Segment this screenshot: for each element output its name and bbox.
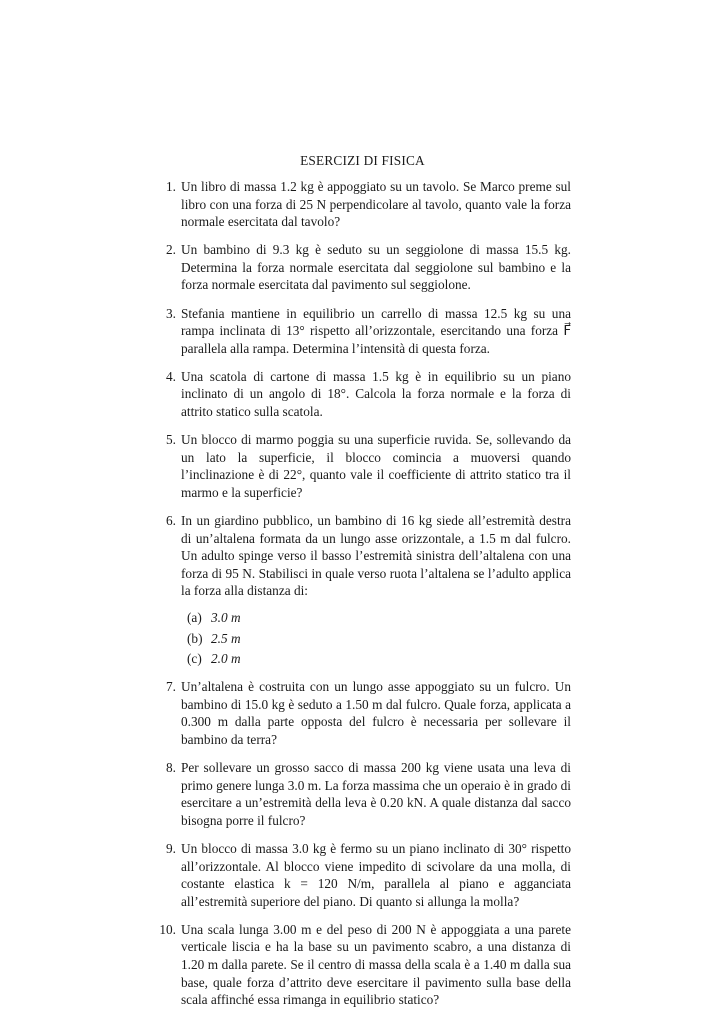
exercise-item: 9. Un blocco di massa 3.0 kg è fermo su … (181, 840, 571, 910)
sub-item-text: 2.0 m (211, 651, 241, 666)
exercise-item: 8. Per sollevare un grosso sacco di mass… (181, 759, 571, 829)
exercise-number: 5. (166, 431, 176, 449)
exercise-text: Un bambino di 9.3 kg è seduto su un segg… (181, 242, 571, 292)
sub-item-text: 3.0 m (211, 610, 241, 625)
exercise-number: 6. (166, 512, 176, 530)
exercise-text: Una scala lunga 3.00 m e del peso di 200… (181, 922, 571, 1007)
exercise-number: 3. (166, 305, 176, 323)
exercise-item: 2. Un bambino di 9.3 kg è seduto su un s… (181, 241, 571, 294)
sub-item-list: (a)3.0 m (b)2.5 m (c)2.0 m (181, 609, 571, 668)
exercise-text: Un’altalena è costruita con un lungo ass… (181, 679, 571, 747)
exercise-item: 4. Una scatola di cartone di massa 1.5 k… (181, 368, 571, 421)
exercise-text: Stefania mantiene in equilibrio un carre… (181, 306, 571, 356)
exercise-number: 9. (166, 840, 176, 858)
exercise-item: 3. Stefania mantiene in equilibrio un ca… (181, 305, 571, 358)
exercise-text: Per sollevare un grosso sacco di massa 2… (181, 760, 571, 828)
exercise-text: In un giardino pubblico, un bambino di 1… (181, 513, 571, 598)
page-title: ESERCIZI DI FISICA (0, 152, 725, 170)
sub-item: (c)2.0 m (187, 650, 571, 668)
exercise-item: 7. Un’altalena è costruita con un lungo … (181, 678, 571, 748)
document-page: ESERCIZI DI FISICA 1. Un libro di massa … (0, 0, 725, 1024)
exercise-item: 10. Una scala lunga 3.00 m e del peso di… (181, 921, 571, 1009)
exercise-number: 10. (159, 921, 176, 939)
exercise-text: Un libro di massa 1.2 kg è appoggiato su… (181, 179, 571, 229)
exercise-number: 8. (166, 759, 176, 777)
exercise-item: 5. Un blocco di marmo poggia su una supe… (181, 431, 571, 501)
sub-item-label: (c) (187, 650, 211, 668)
exercise-text: Un blocco di marmo poggia su una superfi… (181, 432, 571, 500)
exercise-number: 1. (166, 178, 176, 196)
sub-item: (a)3.0 m (187, 609, 571, 627)
sub-item-label: (b) (187, 630, 211, 648)
sub-item-text: 2.5 m (211, 631, 241, 646)
exercise-item: 6. In un giardino pubblico, un bambino d… (181, 512, 571, 668)
sub-item-label: (a) (187, 609, 211, 627)
exercise-number: 2. (166, 241, 176, 259)
exercise-text: Un blocco di massa 3.0 kg è fermo su un … (181, 841, 571, 909)
exercise-list: 1. Un libro di massa 1.2 kg è appoggiato… (181, 178, 571, 1019)
exercise-item: 1. Un libro di massa 1.2 kg è appoggiato… (181, 178, 571, 231)
exercise-text: Una scatola di cartone di massa 1.5 kg è… (181, 369, 571, 419)
exercise-number: 4. (166, 368, 176, 386)
sub-item: (b)2.5 m (187, 630, 571, 648)
exercise-number: 7. (166, 678, 176, 696)
